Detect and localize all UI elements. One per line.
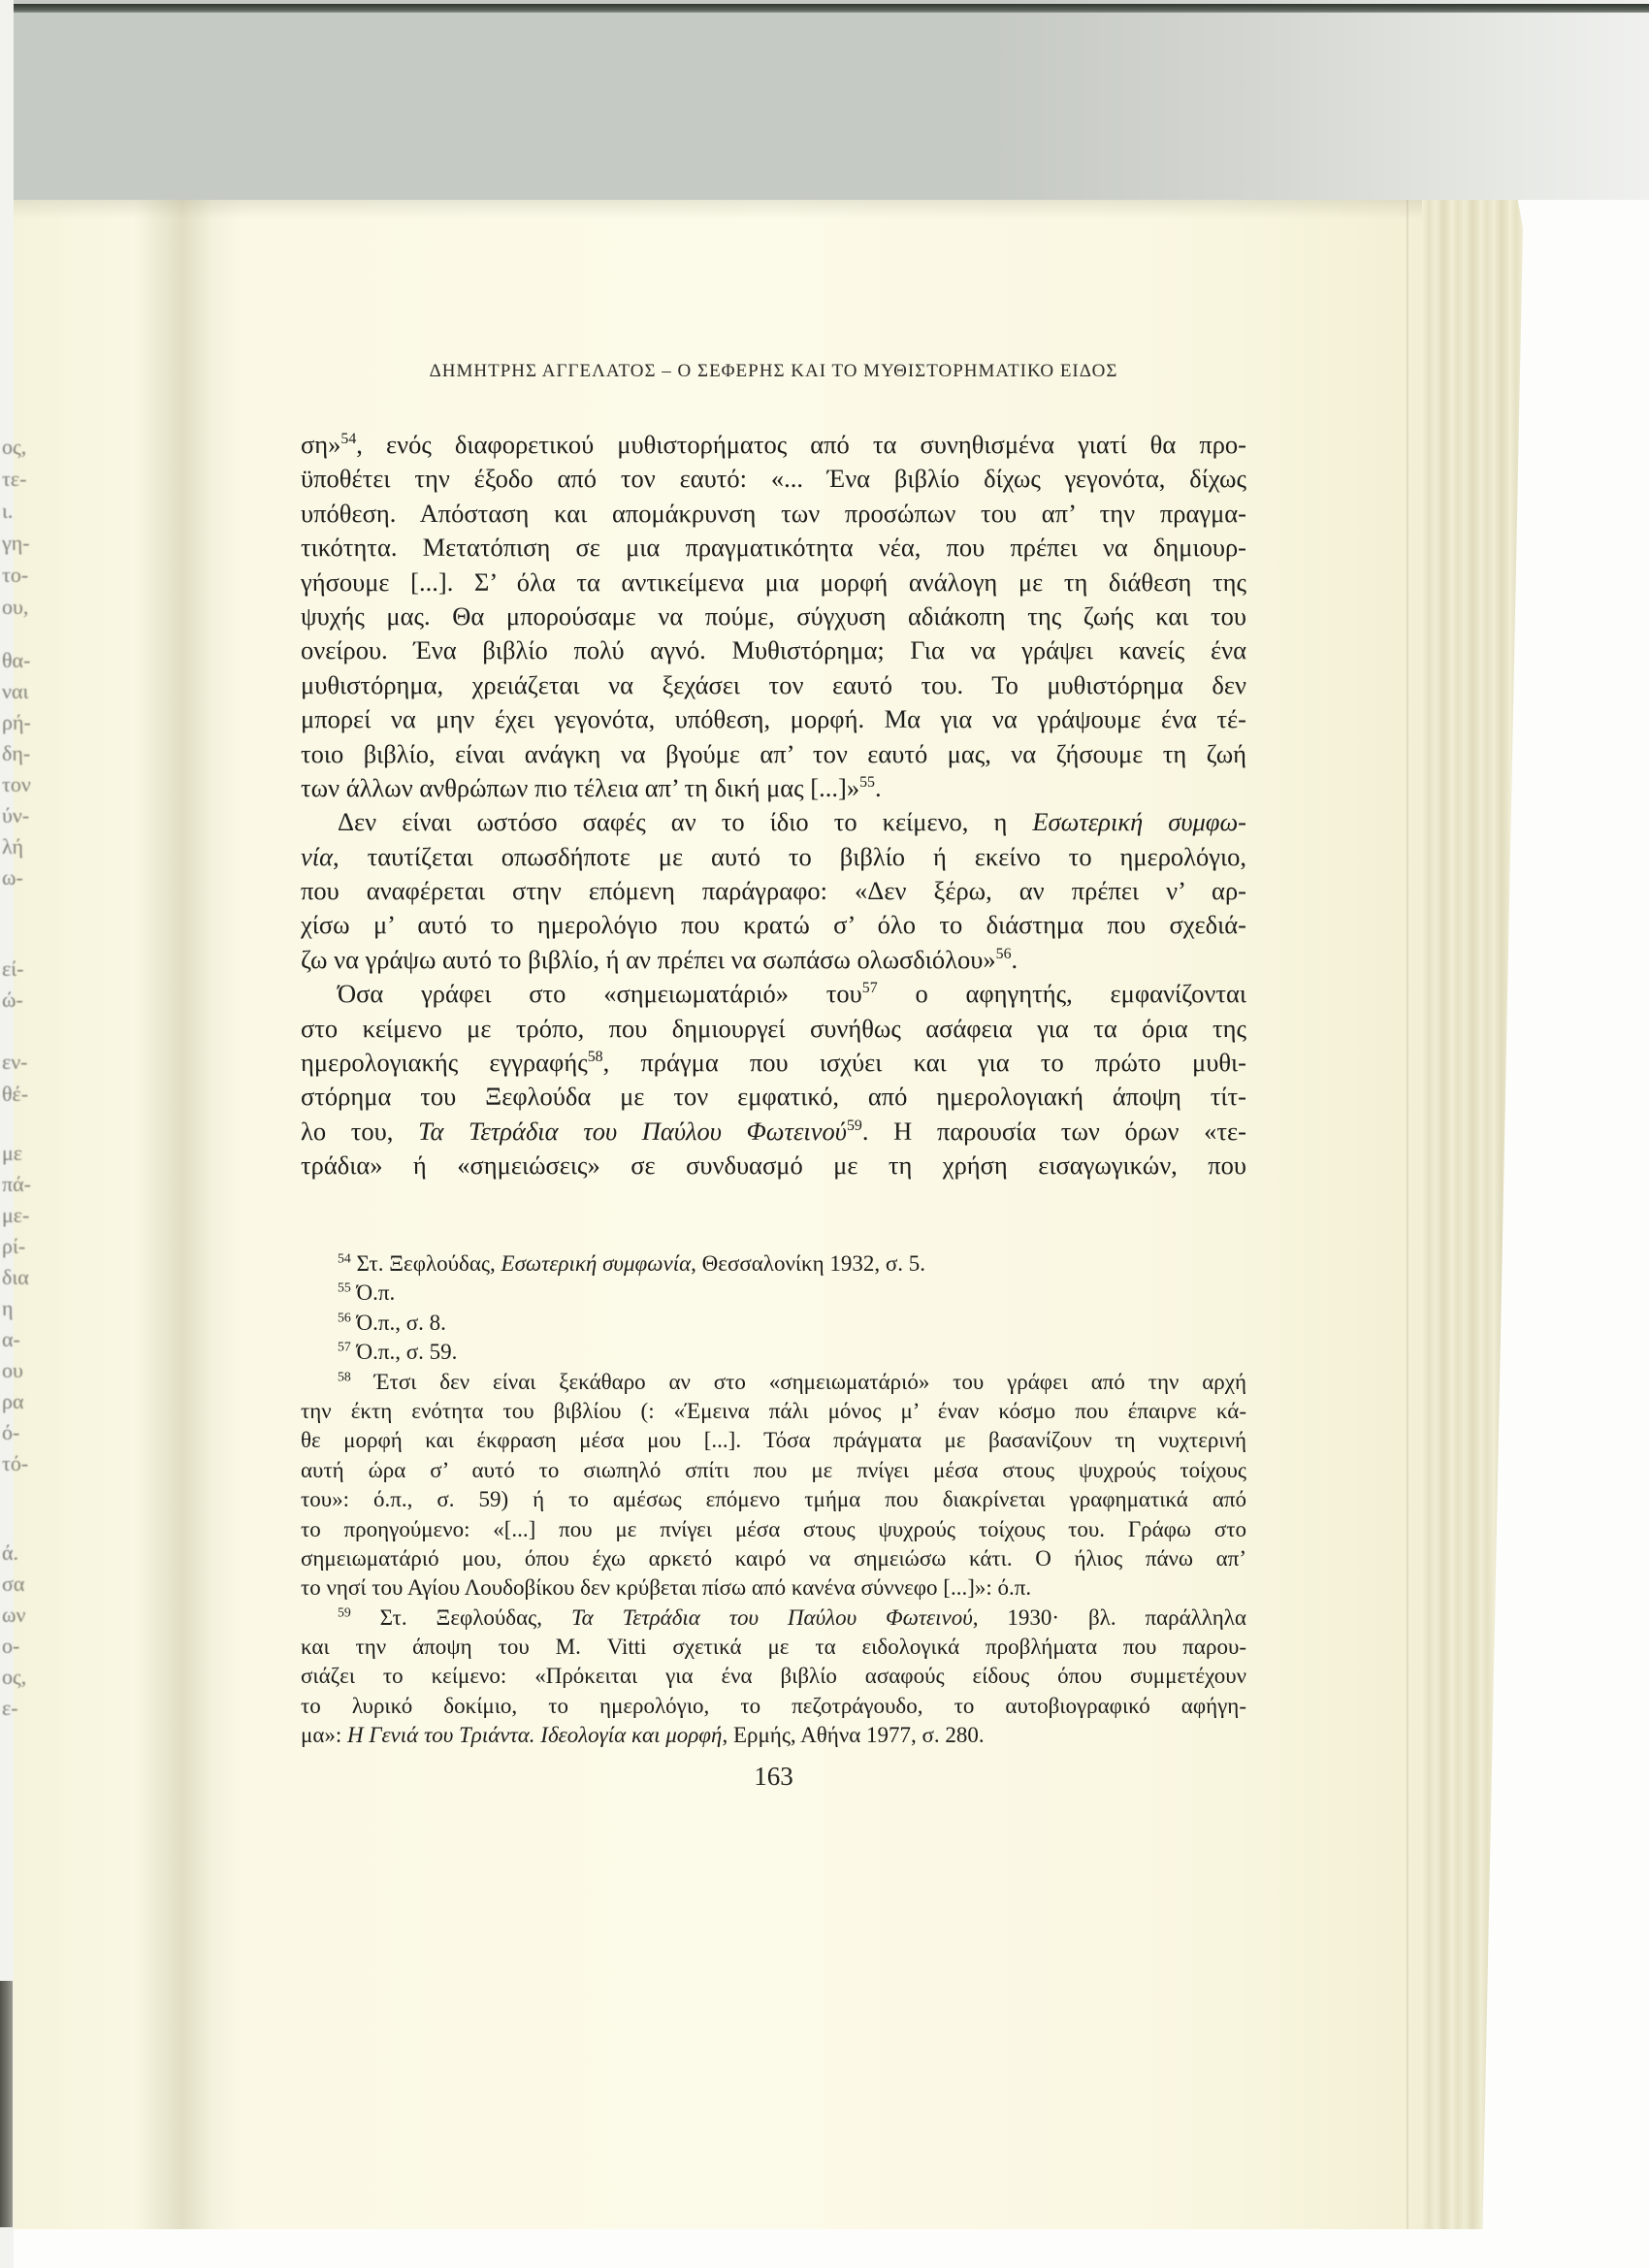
margin-fragment: ρή- [2, 712, 31, 733]
text-line: τράδια» ή «σημειώσεις» σε συνδυασμό με τ… [301, 1149, 1246, 1183]
margin-fragment: λή [2, 836, 23, 858]
text-line: Δεν είναι ωστόσο σαφές αν το ίδιο το κεί… [301, 805, 1246, 839]
footnotes: 54 Στ. Ξεφλούδας, Εσωτερική συμφωνία, Θε… [301, 1249, 1246, 1751]
text-line: Όσα γράφει στο «σημειωματάριό» του57 ο α… [301, 977, 1246, 1011]
margin-fragment: εί- [2, 958, 23, 980]
text-line: ψυχής μας. Θα μπορούσαμε να πούμε, σύγχυ… [301, 599, 1246, 633]
page-number: 163 [301, 1762, 1246, 1792]
margin-fragment: τον [2, 774, 31, 795]
text-line: 55 Ό.π. [301, 1279, 1246, 1308]
text-line: λο του, Τα Τετράδια του Παύλου Φωτεινού5… [301, 1115, 1246, 1149]
text-line: τοιο βιβλίο, είναι ανάγκη να βγούμε απ’ … [301, 737, 1246, 771]
text-line: ημερολογιακής εγγραφής58, πράγμα που ισχ… [301, 1046, 1246, 1080]
margin-fragment: ρα [2, 1391, 24, 1412]
margin-fragment: ο- [2, 1636, 19, 1657]
text-line: του»: ό.π., σ. 59) ή το αμέσως επόμενο τ… [301, 1485, 1246, 1514]
margin-fragment: με- [2, 1205, 29, 1226]
text-line: 54 Στ. Ξεφλούδας, Εσωτερική συμφωνία, Θε… [301, 1249, 1246, 1279]
page-gutter-shadow [134, 200, 242, 2229]
margin-fragment: α- [2, 1329, 20, 1350]
margin-fragment: ρί- [2, 1236, 25, 1257]
text-line: 56 Ό.π., σ. 8. [301, 1309, 1246, 1338]
margin-fragment: τε- [2, 469, 26, 490]
scanner-lid-band [0, 0, 1649, 200]
margin-fragment: ώ- [2, 989, 23, 1011]
margin-fragment: ου, [2, 597, 28, 618]
scanned-book-page: ΔΗΜΗΤΡΗΣ ΑΓΓΕΛΑΤΟΣ – Ο ΣΕΦΕΡΗΣ ΚΑΙ ΤΟ ΜΥ… [0, 0, 1649, 2268]
margin-fragment: ύν- [2, 805, 29, 826]
margin-fragment: ος, [2, 1667, 26, 1688]
text-line: την έκτη ενότητα του βιβλίου (: «Έμεινα … [301, 1397, 1246, 1426]
text-line: 59 Στ. Ξεφλούδας, Τα Τετράδια του Παύλου… [301, 1604, 1246, 1633]
margin-fragment: το- [2, 565, 28, 586]
text-line: και την άποψη του Μ. Vitti σχετικά με τα… [301, 1633, 1246, 1662]
margin-fragment: ου [2, 1360, 23, 1381]
margin-fragment: δια [2, 1267, 29, 1288]
text-line: υπόθεση. Απόσταση και απομάκρυνση των πρ… [301, 497, 1246, 531]
margin-fragment: ό- [2, 1422, 19, 1443]
running-header: ΔΗΜΗΤΡΗΣ ΑΓΓΕΛΑΤΟΣ – Ο ΣΕΦΕΡΗΣ ΚΑΙ ΤΟ ΜΥ… [301, 361, 1246, 382]
text-line: στόρημα του Ξεφλούδα με τον εμφατικό, απ… [301, 1080, 1246, 1114]
text-line: το προηγούμενο: «[...] που με πνίγει μέσ… [301, 1515, 1246, 1544]
text-line: που αναφέρεται στην επόμενη παράγραφο: «… [301, 874, 1246, 908]
page-fold-line [1406, 200, 1408, 2229]
text-line: σιάζει το κείμενο: «Πρόκειται για ένα βι… [301, 1662, 1246, 1691]
margin-fragment: ά. [2, 1542, 18, 1564]
text-line: 58 Έτσι δεν είναι ξεκάθαρο αν στο «σημει… [301, 1368, 1246, 1397]
text-line: ση»54, ενός διαφορετικού μυθιστορήματος … [301, 428, 1246, 462]
text-line: γήσουμε [...]. Σ’ όλα τα αντικείμενα μια… [301, 566, 1246, 599]
scanner-edge-line [0, 4, 1649, 13]
text-line: 57 Ό.π., σ. 59. [301, 1338, 1246, 1367]
text-line: αυτή ώρα σ’ αυτό το σιωπηλό σπίτι που με… [301, 1456, 1246, 1485]
text-line: θε μορφή και έκφραση μέσα μου [...]. Τόσ… [301, 1426, 1246, 1455]
margin-fragment: με [2, 1143, 22, 1164]
text-line: τικότητα. Μετατόπιση σε μια πραγματικότη… [301, 531, 1246, 565]
margin-fragment: ος, [2, 437, 26, 458]
margin-fragment: εν- [2, 1052, 28, 1073]
text-line: ζω να γράψω αυτό το βιβλίο, ή αν πρέπει … [301, 943, 1246, 977]
text-line: ϋποθέτει την έξοδο από τον εαυτό: «... Έ… [301, 462, 1246, 496]
margin-fragment: θα- [2, 650, 30, 671]
text-line: το λυρικό δοκίμιο, το ημερολόγιο, το πεζ… [301, 1692, 1246, 1721]
scanner-left-strip [0, 0, 14, 2268]
margin-fragment: πά- [2, 1174, 31, 1195]
margin-fragment: θέ- [2, 1084, 28, 1105]
book-spine-shadow [0, 1981, 13, 2227]
text-line: των άλλων ανθρώπων πιο τέλεια απ’ τη δικ… [301, 771, 1246, 805]
text-line: μυθιστόρημα, χρειάζεται να ξεχάσει τον ε… [301, 668, 1246, 702]
text-line: ονείρου. Ένα βιβλίο πολύ αγνό. Μυθιστόρη… [301, 633, 1246, 667]
text-line: μπορεί να μην έχει γεγονότα, υπόθεση, μο… [301, 702, 1246, 736]
margin-fragment: ων [2, 1604, 25, 1626]
margin-fragment: ναι [2, 681, 28, 702]
margin-fragment: ε- [2, 1698, 18, 1719]
margin-fragment: ω- [2, 867, 23, 889]
margin-fragment: η [2, 1298, 14, 1319]
margin-fragment: γη- [2, 533, 30, 554]
text-line: νία, ταυτίζεται οπωσδήποτε με αυτό το βι… [301, 840, 1246, 874]
margin-fragment: τό- [2, 1453, 28, 1474]
margin-fragment: ι. [2, 501, 13, 522]
margin-fragment: δη- [2, 743, 30, 764]
body-text: ση»54, ενός διαφορετικού μυθιστορήματος … [301, 428, 1246, 1183]
text-line: σημειωματάριό μου, όπου έχω αρκετό καιρό… [301, 1544, 1246, 1573]
page-edge-stack [1422, 200, 1523, 2229]
margin-fragment: σα [2, 1573, 24, 1595]
text-line: μα»: Η Γενιά του Τριάντα. Ιδεολογία και … [301, 1721, 1246, 1750]
text-line: χίσω μ’ αυτό το ημερολόγιο που κρατώ σ’ … [301, 908, 1246, 942]
text-line: στο κείμενο με τρόπο, που δημιουργεί συν… [301, 1012, 1246, 1046]
text-line: το νησί του Αγίου Λουδοβίκου δεν κρύβετα… [301, 1573, 1246, 1603]
